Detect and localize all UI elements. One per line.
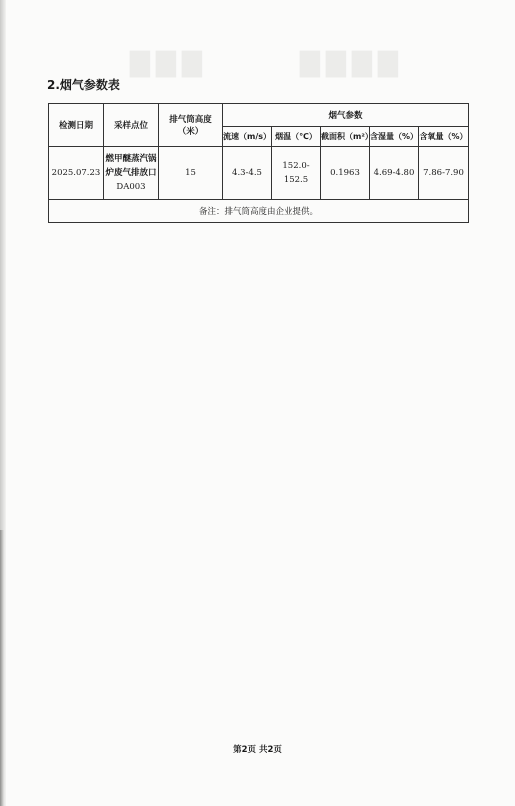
header-cross-section: 截面积（m²） — [321, 127, 370, 147]
bleed-through-text: ▇▇▇ — [130, 48, 208, 78]
header-location: 采样点位 — [104, 104, 159, 147]
cell-location: 燃甲醚蒸汽锅 炉废气排放口 DA003 — [104, 147, 159, 200]
page-number: 第2页 共2页 — [0, 743, 515, 755]
cell-moisture: 4.69-4.80 — [370, 147, 419, 200]
table-row: 2025.07.23 燃甲醚蒸汽锅 炉废气排放口 DA003 15 4.3-4.… — [49, 147, 469, 200]
flue-gas-parameter-table: 检测日期 采样点位 排气筒高度（米） 烟气参数 流速（m/s） 烟温（℃） 截面… — [48, 103, 469, 223]
header-moisture: 含湿量（%） — [370, 127, 419, 147]
table-remark: 备注：排气筒高度由企业提供。 — [49, 200, 469, 223]
header-temperature: 烟温（℃） — [272, 127, 321, 147]
header-stack-height: 排气筒高度（米） — [159, 104, 223, 147]
cell-flow-rate: 4.3-4.5 — [223, 147, 272, 200]
header-flue-gas-params: 烟气参数 — [223, 104, 469, 127]
location-line: 炉废气排放口 — [104, 166, 158, 180]
cell-temperature: 152.0-152.5 — [272, 147, 321, 200]
location-line: 燃甲醚蒸汽锅 — [104, 152, 158, 166]
cell-stack-height: 15 — [159, 147, 223, 200]
cell-cross-section: 0.1963 — [321, 147, 370, 200]
section-title: 2.烟气参数表 — [47, 76, 120, 93]
bleed-through-text: ▇▇▇▇ — [300, 48, 404, 78]
cell-oxygen: 7.86-7.90 — [419, 147, 469, 200]
location-line: DA003 — [104, 180, 158, 194]
header-oxygen: 含氧量（%） — [419, 127, 469, 147]
header-date: 检测日期 — [49, 104, 104, 147]
cell-date: 2025.07.23 — [49, 147, 104, 200]
header-flow-rate: 流速（m/s） — [223, 127, 272, 147]
scan-edge-shadow-bottom — [0, 530, 4, 806]
